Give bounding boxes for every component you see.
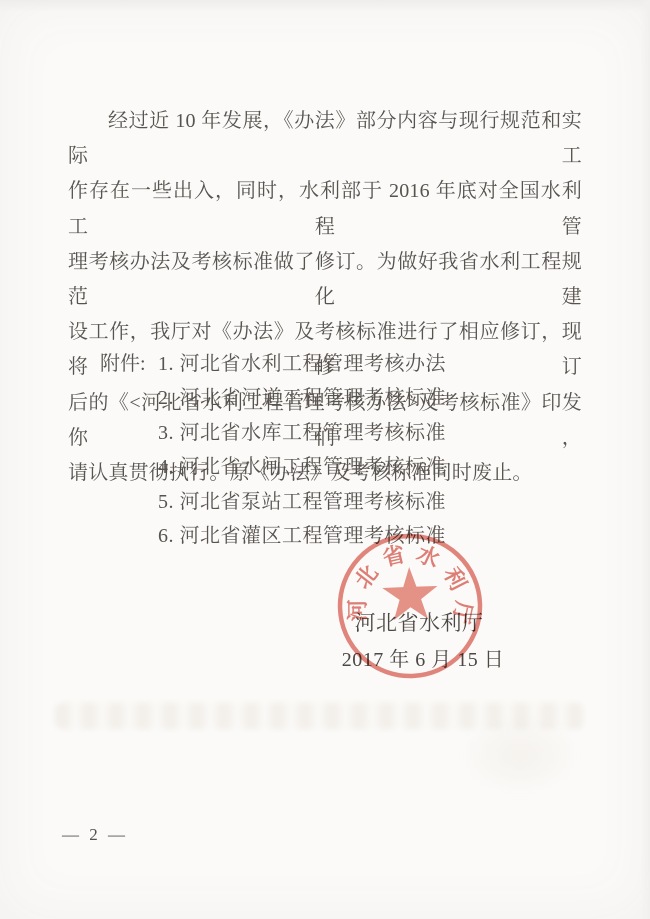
seal-star-icon: [382, 566, 439, 620]
attachment-item: 3. 河北省水库工程管理考核标准: [158, 416, 446, 450]
official-seal: 河北省水利厅: [332, 528, 487, 683]
paragraph-line: 经过近 10 年发展，《办法》部分内容与现行规范和实际工: [68, 104, 582, 174]
page-number: — 2 —: [62, 825, 128, 845]
scanned-document-page: 经过近 10 年发展，《办法》部分内容与现行规范和实际工 作存在一些出入，同时，…: [0, 0, 650, 919]
scan-bleedthrough-artifact: [55, 703, 585, 729]
paragraph-line: 作存在一些出入，同时，水利部于 2016 年底对全国水利工程管: [68, 174, 582, 244]
paragraph-line: 理考核办法及考核标准做了修订。为做好我省水利工程规范化建: [68, 245, 582, 315]
attachment-list: 附件: 1. 河北省水利工程管理考核办法 2. 河北省河道工程管理考核标准 3.…: [100, 347, 446, 553]
attachments-label: 附件:: [100, 347, 158, 381]
attachment-item: 5. 河北省泵站工程管理考核标准: [158, 485, 446, 519]
attachment-item: 1. 河北省水利工程管理考核办法: [158, 347, 446, 381]
scan-smudge-artifact: [460, 715, 580, 795]
attachment-items: 1. 河北省水利工程管理考核办法 2. 河北省河道工程管理考核标准 3. 河北省…: [158, 347, 446, 553]
attachment-item: 2. 河北省河道工程管理考核标准: [158, 381, 446, 415]
attachment-item: 4. 河北省水闸工程管理考核标准: [158, 450, 446, 484]
